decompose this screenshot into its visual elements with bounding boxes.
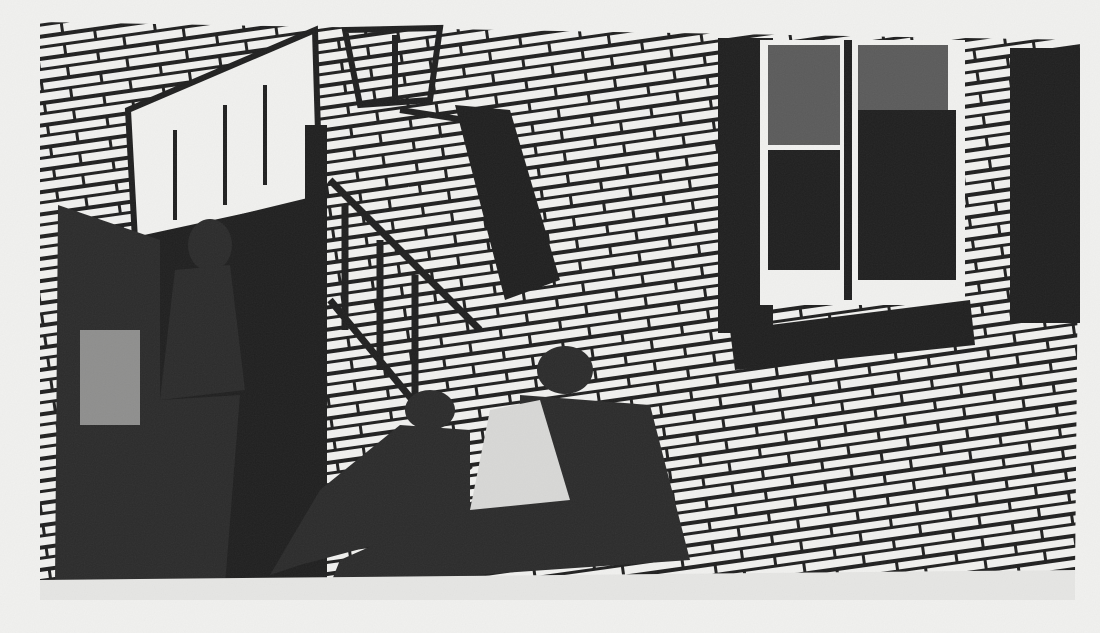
grain-overlay bbox=[0, 0, 1100, 633]
photograph bbox=[0, 0, 1100, 633]
